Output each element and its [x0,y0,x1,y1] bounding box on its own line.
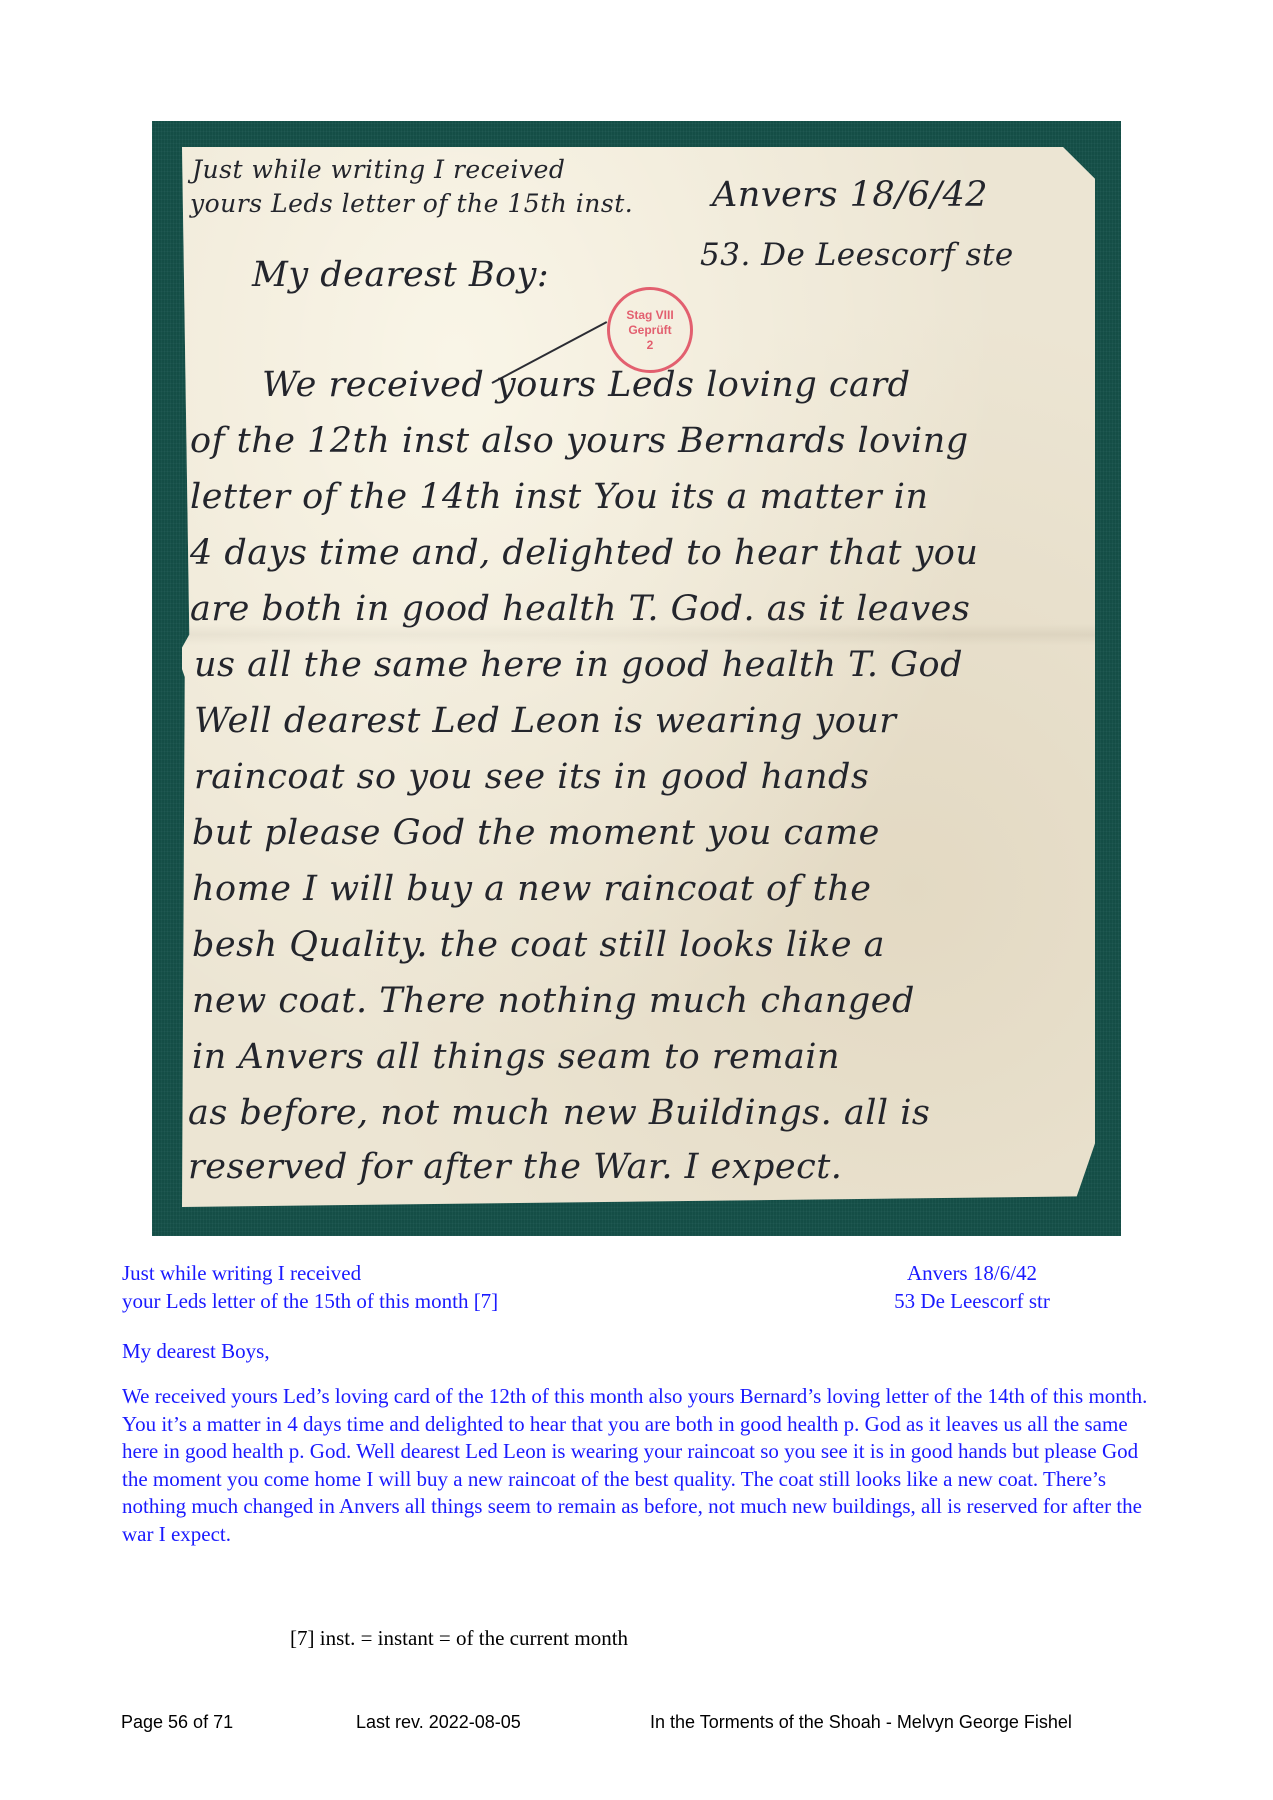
handwritten-line: raincoat so you see its in good hands [194,757,869,797]
handwritten-line: home I will buy a new raincoat of the [192,869,871,909]
handwritten-line: letter of the 14th inst You its a matter… [190,477,929,517]
stamp-line: Geprüft [610,323,690,338]
handwritten-line: are both in good health T. God. as it le… [190,589,970,629]
handwritten-line: new coat. There nothing much changed [192,981,915,1021]
handwritten-line: reserved for after the War. I expect. [188,1147,842,1187]
transcription-greeting: My dearest Boys, [122,1339,270,1364]
handwritten-postscript-line-1: Just while writing I received [192,155,565,184]
letter-photo: Just while writing I received yours Leds… [152,121,1121,1236]
header-left-line: Just while writing I received [122,1259,498,1287]
handwritten-line: besh Quality. the coat still looks like … [192,925,885,965]
censor-stamp: Stag VIII Geprüft 2 [607,287,693,373]
handwritten-line: of the 12th inst also yours Bernards lov… [190,421,969,461]
handwritten-line: but please God the moment you came [192,813,880,853]
handwritten-line: us all the same here in good health T. G… [194,645,963,685]
handwritten-line: Well dearest Led Leon is wearing your [194,701,897,741]
handwritten-address: 53. De Leescorf ste [700,237,1014,273]
handwritten-line: in Anvers all things seam to remain [192,1037,840,1077]
handwritten-line: 4 days time and, delighted to hear that … [190,533,978,573]
document-title: In the Torments of the Shoah - Melvyn Ge… [650,1712,1072,1733]
header-right-line: Anvers 18/6/42 [877,1259,1067,1287]
letter-paper: Just while writing I received yours Leds… [182,147,1095,1207]
handwritten-line: as before, not much new Buildings. all i… [188,1093,930,1133]
transcription-header-right: Anvers 18/6/42 53 De Leescorf str [877,1259,1067,1315]
page-number: Page 56 of 71 [121,1712,233,1733]
footnote: [7] inst. = instant = of the current mon… [290,1626,628,1651]
stamp-line: Stag VIII [610,308,690,323]
handwritten-postscript-line-2: yours Leds letter of the 15th inst. [190,189,633,218]
transcription-body: We received yours Led’s loving card of t… [122,1383,1152,1549]
revision-date: Last rev. 2022-08-05 [356,1712,521,1733]
page-footer: Page 56 of 71 Last rev. 2022-08-05 In th… [0,1712,1273,1736]
transcription-header-left: Just while writing I received your Leds … [122,1259,498,1315]
handwritten-line: We received yours Leds loving card [262,365,911,405]
stamp-line: 2 [610,338,690,353]
handwritten-place-date: Anvers 18/6/42 [712,175,988,215]
header-left-line: your Leds letter of the 15th of this mon… [122,1287,498,1315]
header-right-line: 53 De Leescorf str [877,1287,1067,1315]
handwritten-salutation: My dearest Boy: [252,255,549,295]
